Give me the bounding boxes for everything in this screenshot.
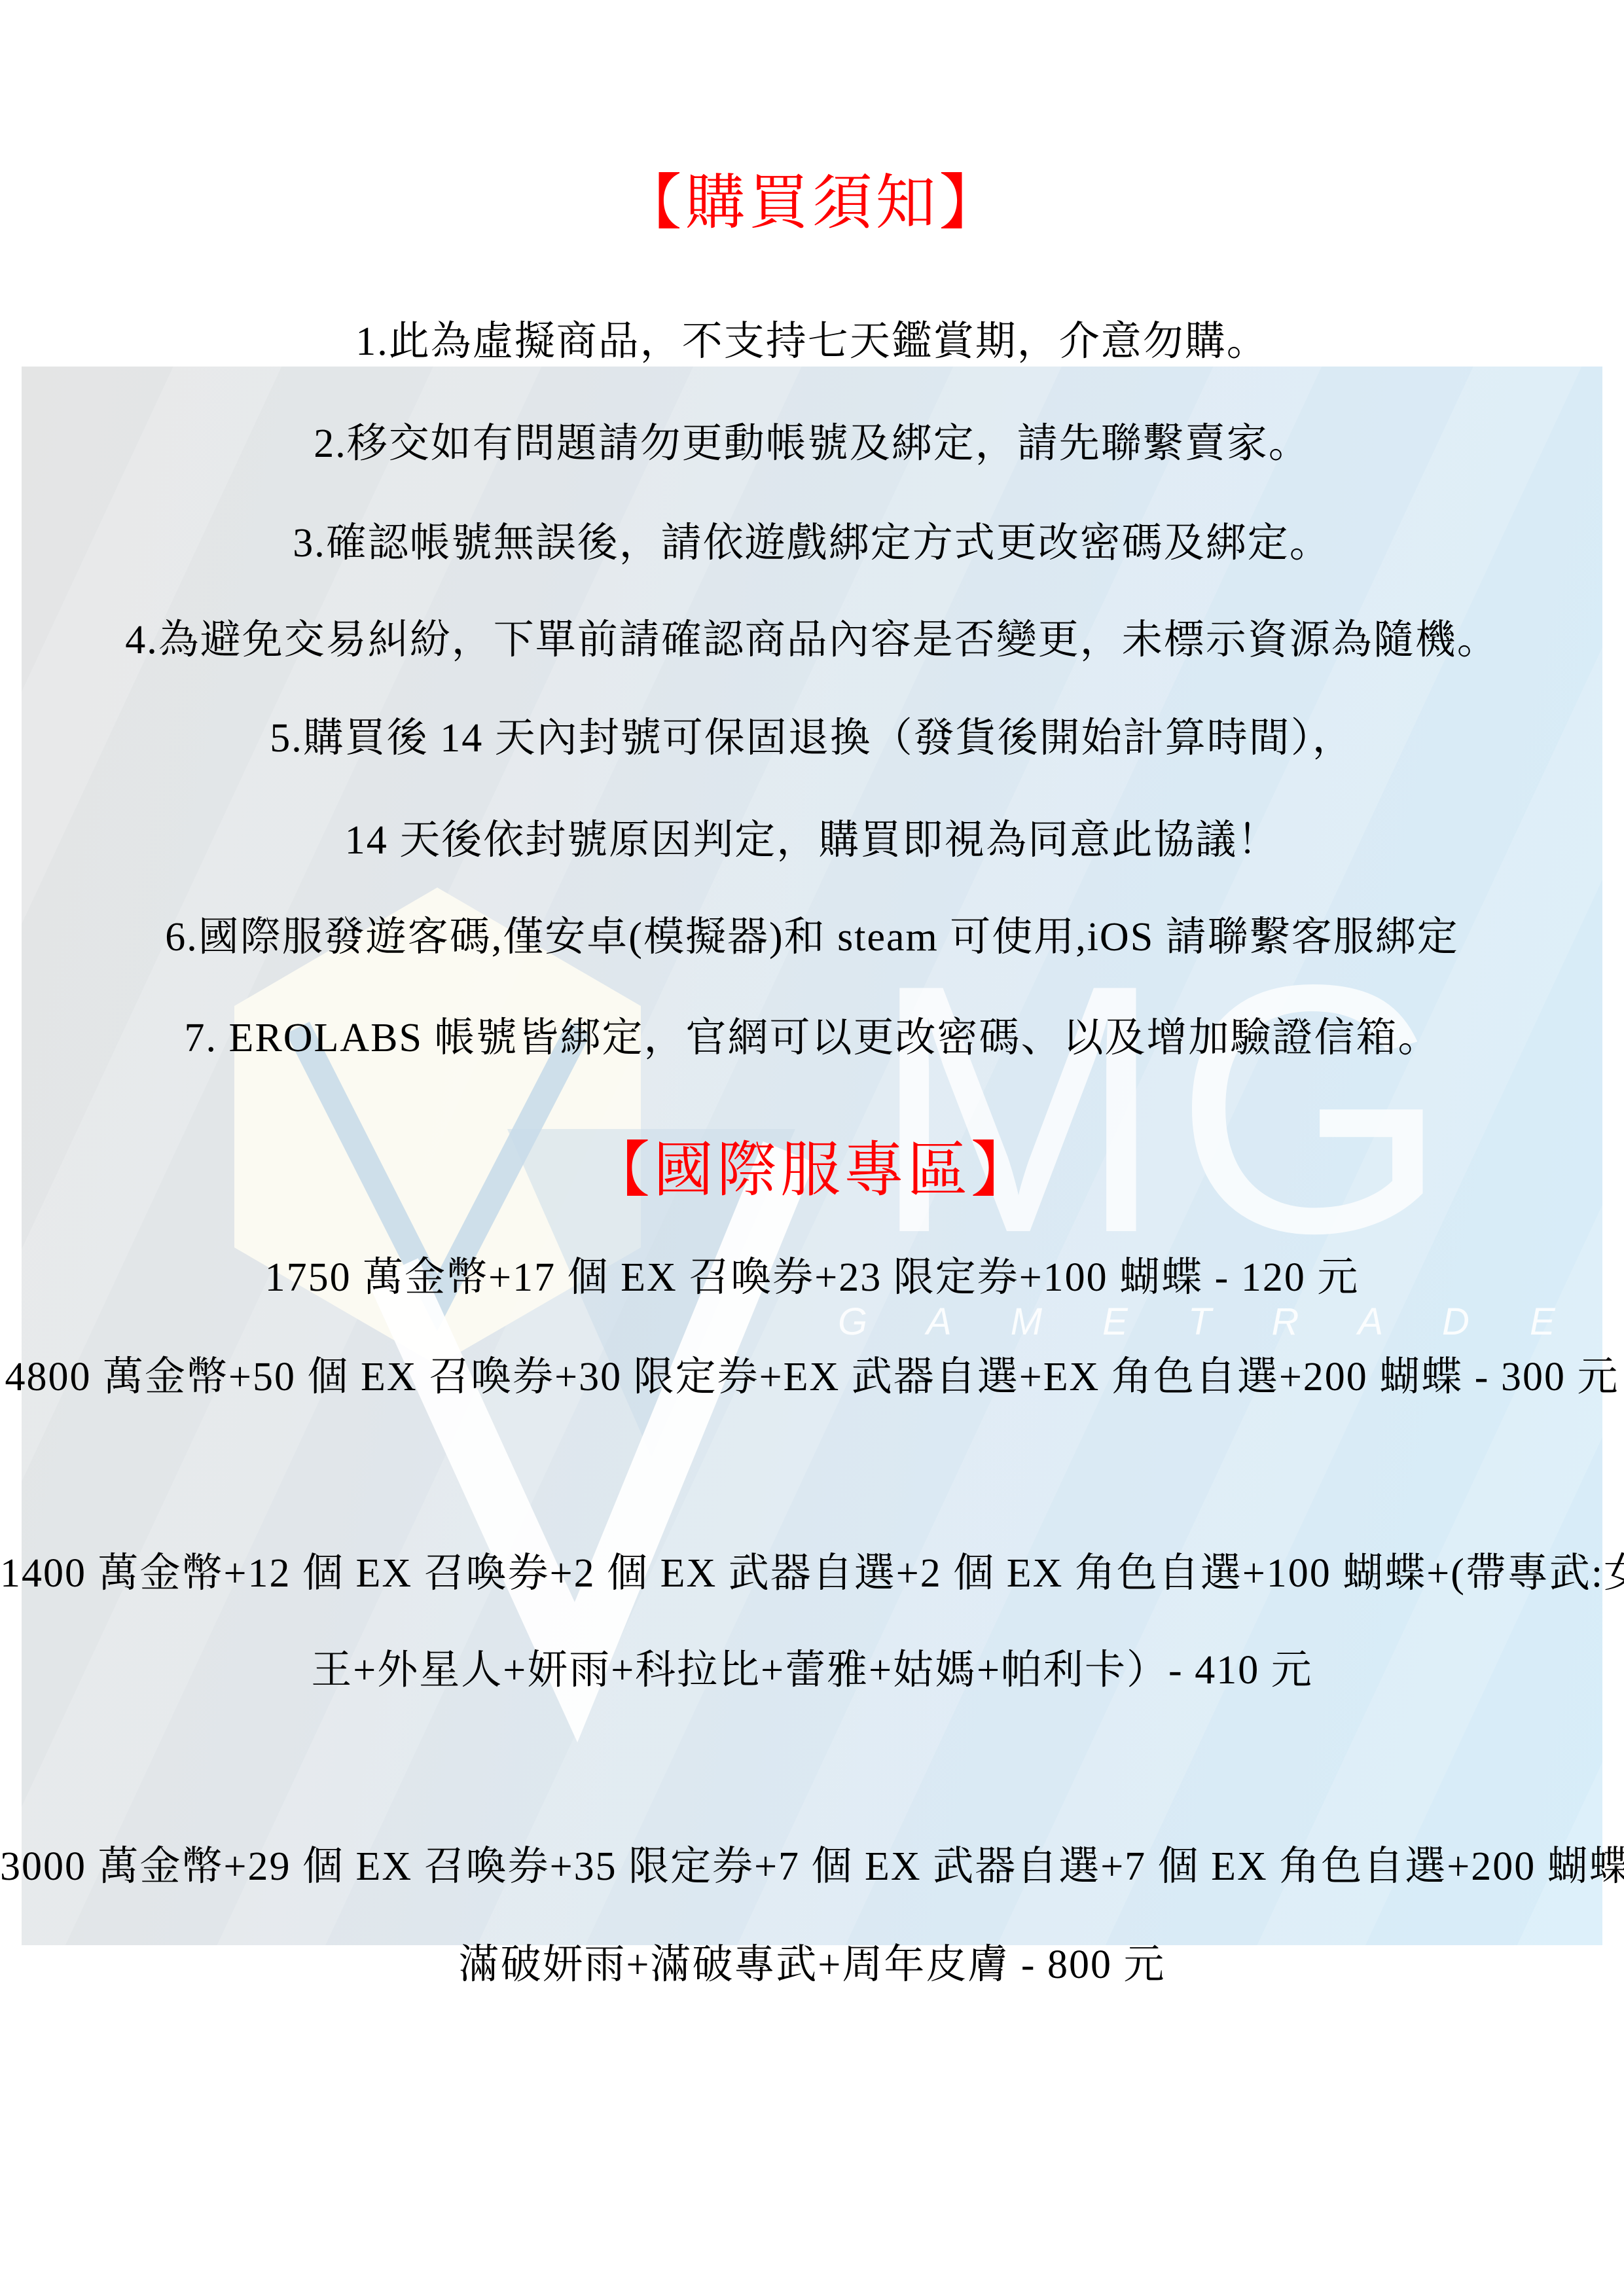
package-line-3: 1400 萬金幣+12 個 EX 召喚券+2 個 EX 武器自選+2 個 EX … [0,1544,1624,1603]
notice-line-6: 6.國際服發遊客碼,僅安卓(模擬器)和 steam 可使用,iOS 請聯繫客服綁… [0,908,1624,967]
package-line-4-continued: 滿破妍雨+滿破專武+周年皮膚 - 800 元 [0,1935,1624,1994]
package-line-2: 4800 萬金幣+50 個 EX 召喚券+30 限定券+EX 武器自選+EX 角… [0,1348,1624,1407]
notice-line-4: 4.為避免交易糾紛，下單前請確認商品內容是否變更，未標示資源為隨機。 [0,611,1624,670]
notice-line-2: 2.移交如有問題請勿更動帳號及綁定，請先聯繫賣家。 [0,414,1624,473]
notice-line-1: 1.此為虛擬商品，不支持七天鑑賞期，介意勿購。 [0,312,1624,371]
package-line-4: 3000 萬金幣+29 個 EX 召喚券+35 限定券+7 個 EX 武器自選+… [0,1837,1624,1896]
purchase-notice-page: { "page": { "title": "【購買須知】", "section2… [0,0,1624,2296]
package-line-1: 1750 萬金幣+17 個 EX 召喚券+23 限定券+100 蝴蝶 - 120… [0,1248,1624,1307]
section-title-international: 【國際服專區】 [0,1124,1624,1216]
notice-line-3: 3.確認帳號無誤後，請依遊戲綁定方式更改密碼及綁定。 [0,514,1624,573]
package-line-3-continued: 王+外星人+妍雨+科拉比+蕾雅+姑媽+帕利卡）- 410 元 [0,1641,1624,1700]
page-title: 【購買須知】 [0,157,1624,249]
notice-line-5-continued: 14 天後依封號原因判定，購買即視為同意此協議！ [0,811,1624,870]
notice-line-5: 5.購買後 14 天內封號可保固退換（發貨後開始計算時間）， [0,709,1624,768]
notice-line-7: 7. EROLABS 帳號皆綁定，官網可以更改密碼、以及增加驗證信箱。 [0,1009,1624,1067]
